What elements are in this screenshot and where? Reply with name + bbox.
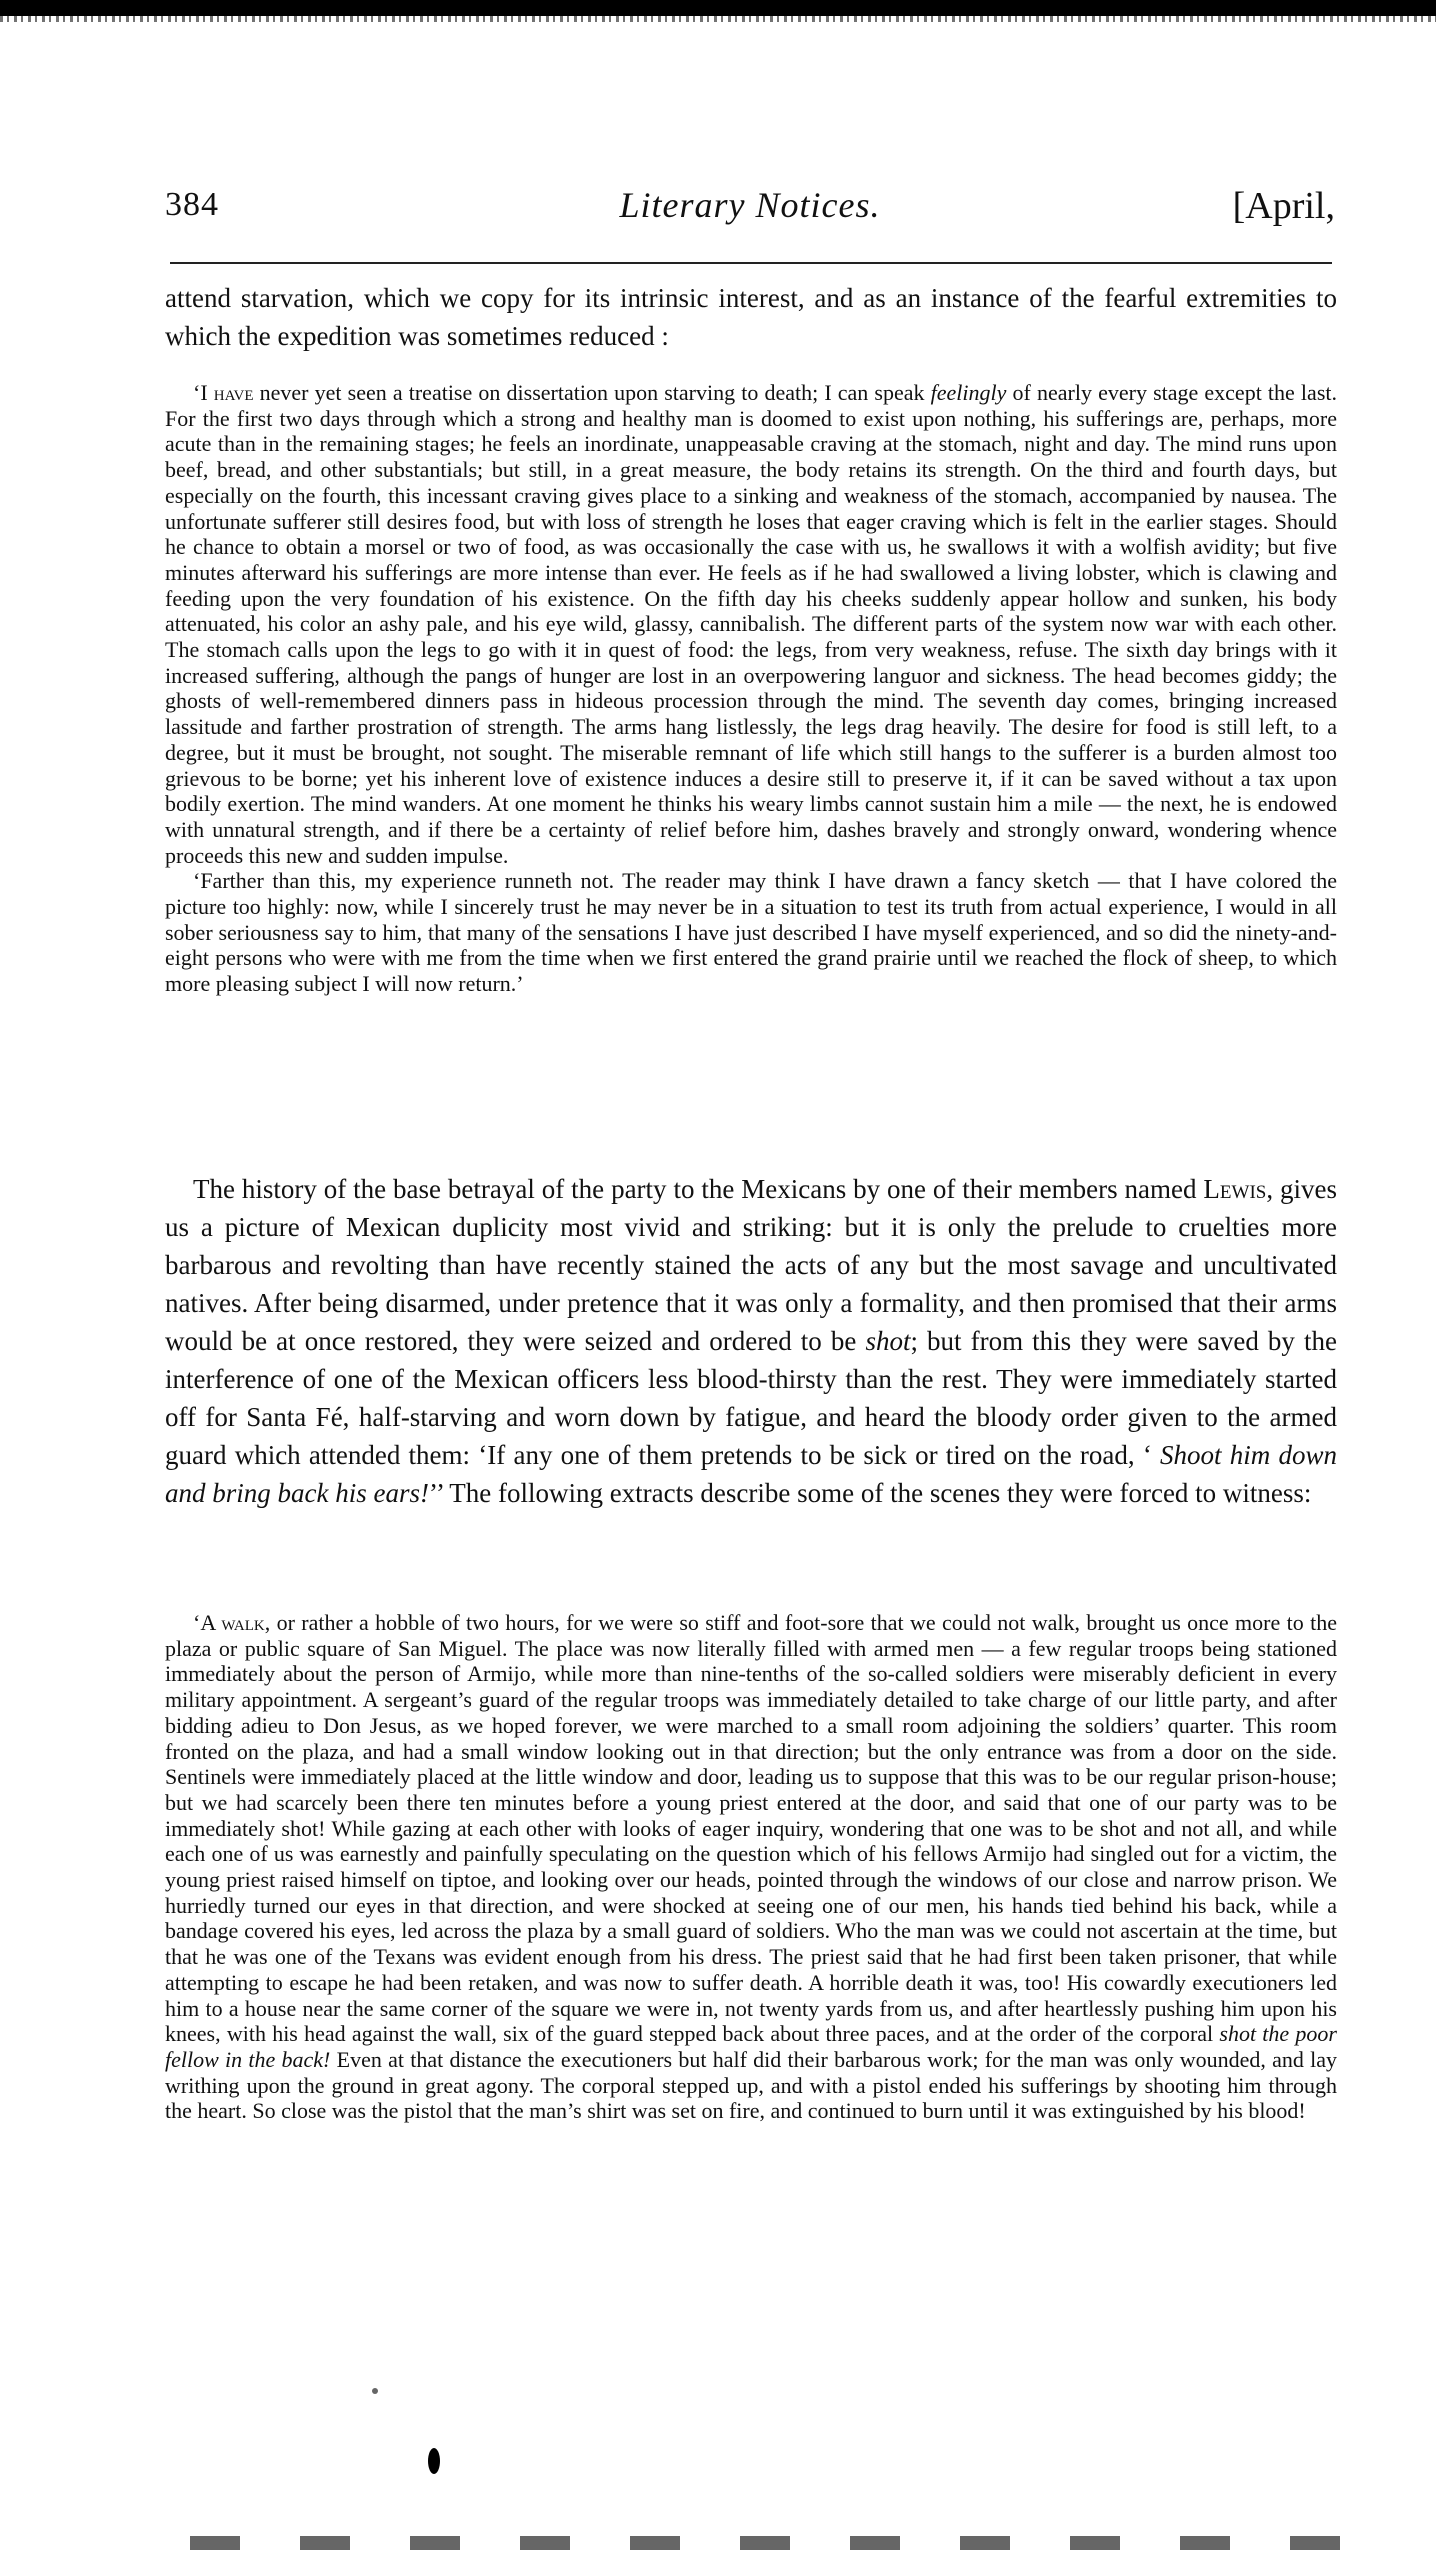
ink-speck bbox=[372, 2388, 378, 2394]
block-quote-san-miguel: ‘A walk, or rather a hobble of two hours… bbox=[165, 1610, 1337, 2124]
quote-text: of nearly every stage except the last. F… bbox=[165, 380, 1337, 868]
italic-emphasis: shot bbox=[865, 1326, 910, 1356]
header-rule bbox=[170, 262, 1332, 264]
name-smallcaps: Lewis bbox=[1203, 1174, 1266, 1204]
quote-text: Even at that distance the executioners b… bbox=[165, 2047, 1337, 2123]
main-text: The history of the base betrayal of the … bbox=[165, 1170, 1337, 1512]
main-paragraph: The history of the base betrayal of the … bbox=[165, 1170, 1337, 1512]
quote-1-paragraph-1: ‘I have never yet seen a treatise on dis… bbox=[165, 380, 1337, 868]
scan-border-bottom bbox=[160, 2536, 1360, 2550]
italic-emphasis: feelingly bbox=[931, 380, 1007, 405]
quote-1-paragraph-2: ‘Farther than this, my experience runnet… bbox=[165, 868, 1337, 997]
main-text-part: The history of the base betrayal of the … bbox=[193, 1174, 1203, 1204]
lead-smallcaps: A walk bbox=[200, 1610, 264, 1635]
intro-text: attend starvation, which we copy for its… bbox=[165, 279, 1337, 355]
running-title: Literary Notices. bbox=[165, 184, 1335, 226]
running-header: 384 Literary Notices. [April, bbox=[165, 180, 1335, 230]
quote-2-paragraph: ‘A walk, or rather a hobble of two hours… bbox=[165, 1610, 1337, 2124]
quote-text: , or rather a hobble of two hours, for w… bbox=[165, 1610, 1337, 2046]
running-date: [April, bbox=[1233, 184, 1335, 228]
intro-paragraph: attend starvation, which we copy for its… bbox=[165, 279, 1337, 355]
scan-border-top-edge bbox=[0, 14, 1436, 22]
quote-text: never yet seen a treatise on dissertatio… bbox=[254, 380, 931, 405]
main-text-part: ’’ The following extracts describe some … bbox=[429, 1478, 1311, 1508]
ink-smudge bbox=[428, 2448, 440, 2474]
block-quote-starvation: ‘I have never yet seen a treatise on dis… bbox=[165, 380, 1337, 997]
lead-smallcaps: I have bbox=[200, 380, 253, 405]
